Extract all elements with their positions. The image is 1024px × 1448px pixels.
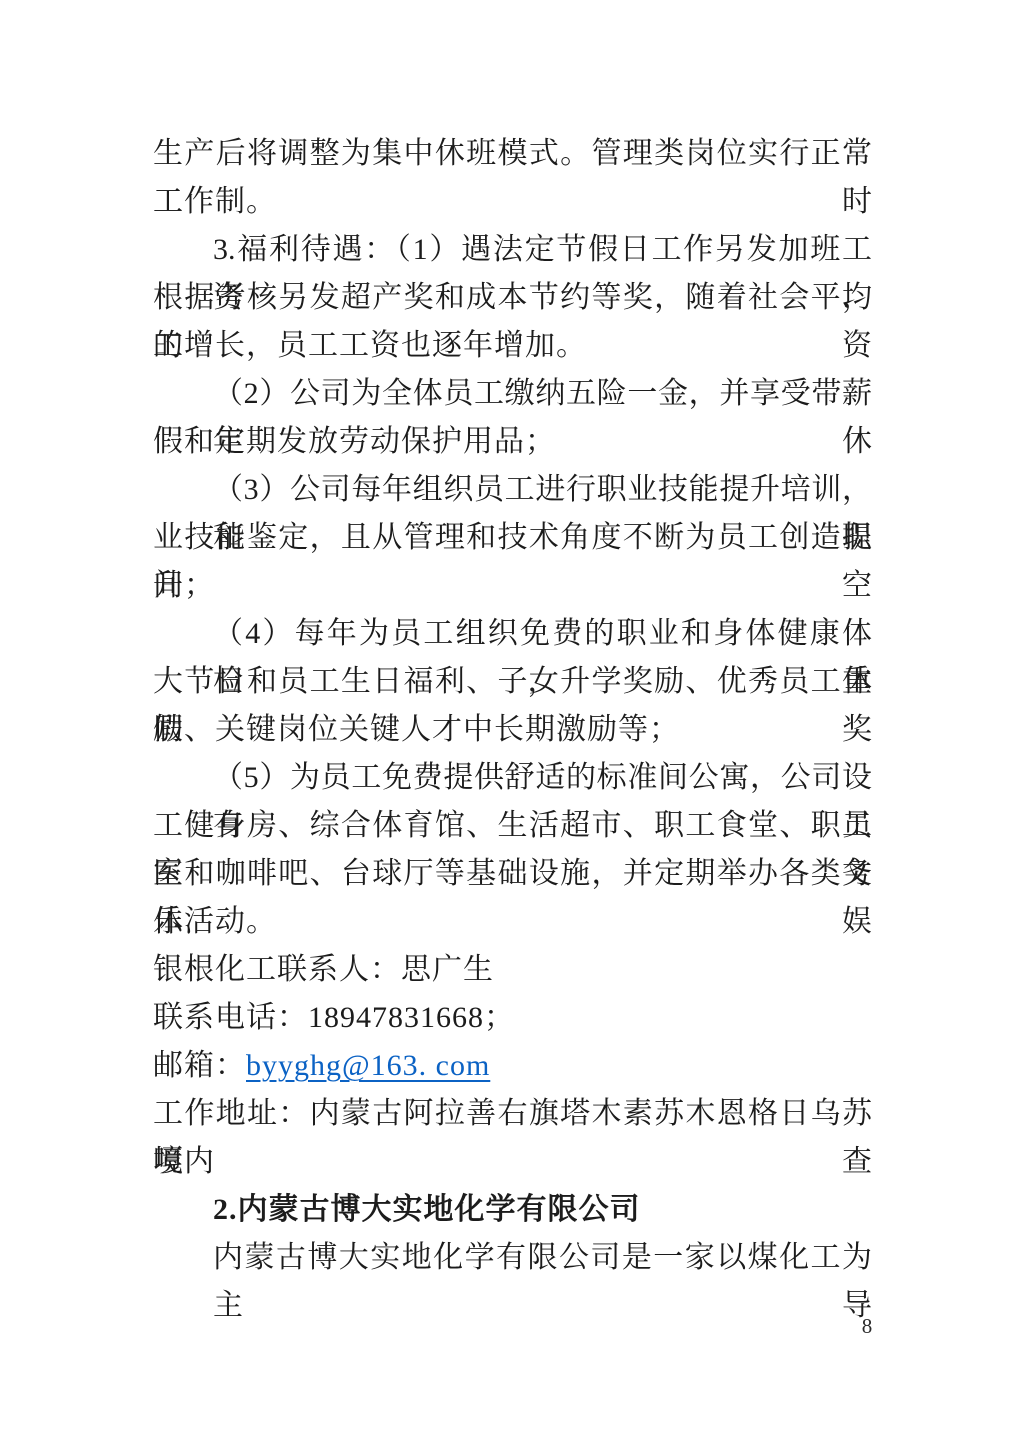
text-line: 室和咖啡吧、台球厅等基础设施，并定期举办各类文体娱 bbox=[153, 850, 872, 898]
text-run: 工作制。 bbox=[153, 185, 277, 218]
text-run: 内蒙古博大实地化学有限公司是一家以煤化工为主导 bbox=[213, 1241, 872, 1322]
text-run: 的增长，员工工资也逐年增加。 bbox=[153, 329, 587, 362]
section-heading: 2.内蒙古博大实地化学有限公司 bbox=[153, 1186, 872, 1234]
text-run: 乐活动。 bbox=[153, 905, 277, 938]
text-run: 工作地址：内蒙古阿拉善右旗塔木素苏木恩格日乌苏嘎查 bbox=[153, 1097, 872, 1178]
text-line: 内蒙古博大实地化学有限公司是一家以煤化工为主导 bbox=[153, 1234, 872, 1282]
text-run: 银根化工联系人：思广生 bbox=[153, 953, 494, 986]
text-line: （2）公司为全体员工缴纳五险一金，并享受带薪年休 bbox=[153, 370, 872, 418]
text-line: 生产后将调整为集中休班模式。管理类岗位实行正常工时 bbox=[153, 130, 872, 178]
text-run: 境内 bbox=[153, 1145, 215, 1178]
text-line: （3）公司每年组织员工进行职业技能提升培训，和职 bbox=[153, 466, 872, 514]
text-line: 联系电话：18947831668； bbox=[153, 994, 872, 1042]
text-run: 2.内蒙古博大实地化学有限公司 bbox=[213, 1193, 641, 1226]
text-line: 大节日和员工生日福利、子女升学奖励、优秀员工休假奖 bbox=[153, 658, 872, 706]
text-line: （5）为员工免费提供舒适的标准间公寓，公司设有员 bbox=[153, 754, 872, 802]
text-line: 根据考核另发超产奖和成本节约等奖，随着社会平均工资 bbox=[153, 274, 872, 322]
text-line: 工作地址：内蒙古阿拉善右旗塔木素苏木恩格日乌苏嘎查 bbox=[153, 1090, 872, 1138]
text-run: 励、关键岗位关键人才中长期激励等； bbox=[153, 713, 680, 746]
text-run: 假和定期发放劳动保护用品； bbox=[153, 425, 556, 458]
document-page: 生产后将调整为集中休班模式。管理类岗位实行正常工时工作制。3.福利待遇：（1）遇… bbox=[0, 0, 1024, 1448]
text-run: 邮箱： bbox=[153, 1049, 246, 1082]
text-run: 联系电话：18947831668； bbox=[153, 1001, 515, 1034]
page-number: 8 bbox=[852, 1312, 882, 1340]
text-line: （4）每年为员工组织免费的职业和身体健康体检，重 bbox=[153, 610, 872, 658]
text-line: 邮箱：byyghg@163. com bbox=[153, 1042, 872, 1090]
text-line: 工健身房、综合体育馆、生活超市、职工食堂、职工医务 bbox=[153, 802, 872, 850]
text-line: 3.福利待遇：（1）遇法定节假日工作另发加班工资， bbox=[153, 226, 872, 274]
text-run: 间； bbox=[153, 569, 215, 602]
text-line: 银根化工联系人：思广生 bbox=[153, 946, 872, 994]
text-line: 业技能鉴定，且从管理和技术角度不断为员工创造提升空 bbox=[153, 514, 872, 562]
email-link[interactable]: byyghg@163. com bbox=[246, 1049, 490, 1082]
text-run: 业技能鉴定，且从管理和技术角度不断为员工创造提升空 bbox=[153, 521, 872, 602]
document-lines: 生产后将调整为集中休班模式。管理类岗位实行正常工时工作制。3.福利待遇：（1）遇… bbox=[153, 130, 872, 1282]
